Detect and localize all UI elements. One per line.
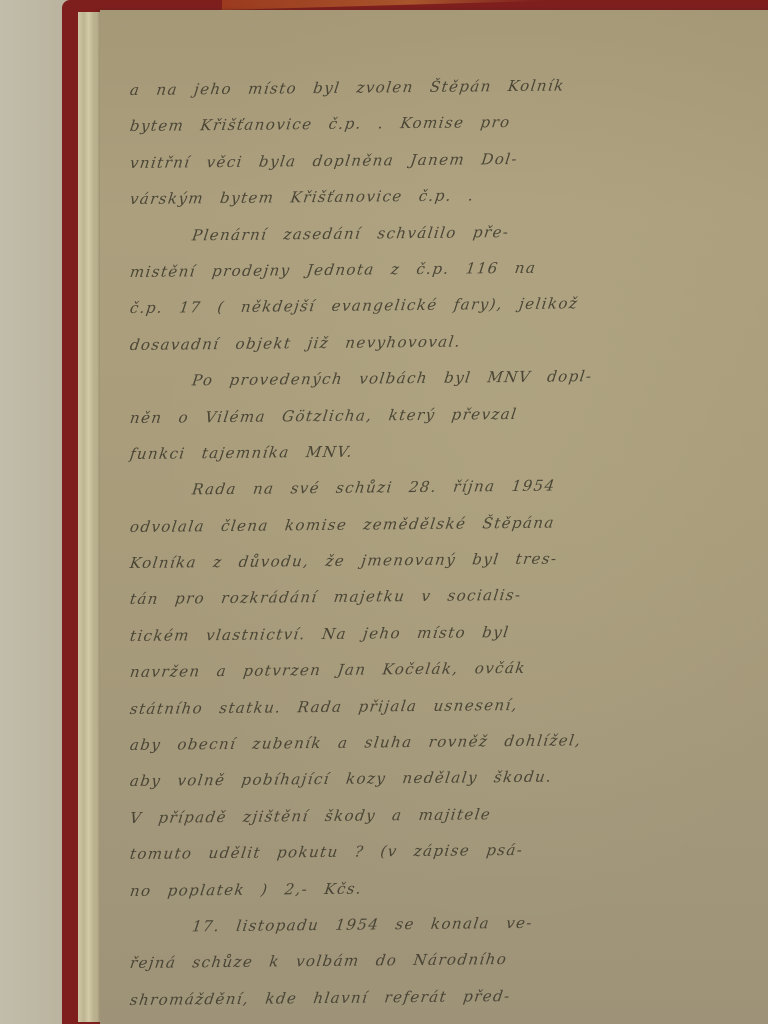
text-line: odvolala člena komise zemědělské Štěpána [128, 503, 694, 545]
text-line: státního statku. Rada přijala usnesení, [128, 685, 694, 727]
text-line: bytem Křišťanovice č.p. . Komise pro [128, 103, 694, 145]
text-line: navržen a potvrzen Jan Kočelák, ovčák [128, 648, 694, 690]
text-line: dosavadní objekt již nevyhovoval. [128, 321, 694, 363]
paragraph-start-line: Rada na své schůzi 28. října 1954 [128, 466, 694, 508]
text-line: várským bytem Křišťanovice č.p. . [128, 175, 694, 217]
text-line: V případě zjištění škody a majitele [128, 794, 694, 836]
text-line: no poplatek ) 2,- Kčs. [128, 867, 694, 909]
text-line: mistění prodejny Jednota z č.p. 116 na [128, 248, 694, 290]
text-line: vnitřní věci byla doplněna Janem Dol- [128, 139, 694, 181]
handwritten-text-block: a na jeho místo byl zvolen Štěpán Kolník… [130, 72, 690, 1018]
text-line: aby volně pobíhající kozy nedělaly škodu… [128, 758, 694, 800]
text-line: funkci tajemníka MNV. [128, 430, 694, 472]
text-line: něn o Viléma Götzlicha, který převzal [128, 394, 694, 436]
cover-edge-highlight [222, 0, 542, 10]
text-line: tán pro rozkrádání majetku v socialis- [128, 576, 694, 618]
text-line: řejná schůze k volbám do Národního [128, 940, 694, 982]
text-line: č.p. 17 ( někdejší evangelické fary), je… [128, 284, 694, 326]
paragraph-start-line: Po provedených volbách byl MNV dopl- [128, 357, 694, 399]
paragraph-start-line: Plenární zasedání schválilo pře- [128, 212, 694, 254]
text-line: tomuto udělit pokutu ? (v zápise psá- [128, 830, 694, 872]
text-line: shromáždění, kde hlavní referát před- [128, 976, 694, 1018]
text-line: tickém vlastnictví. Na jeho místo byl [128, 612, 694, 654]
